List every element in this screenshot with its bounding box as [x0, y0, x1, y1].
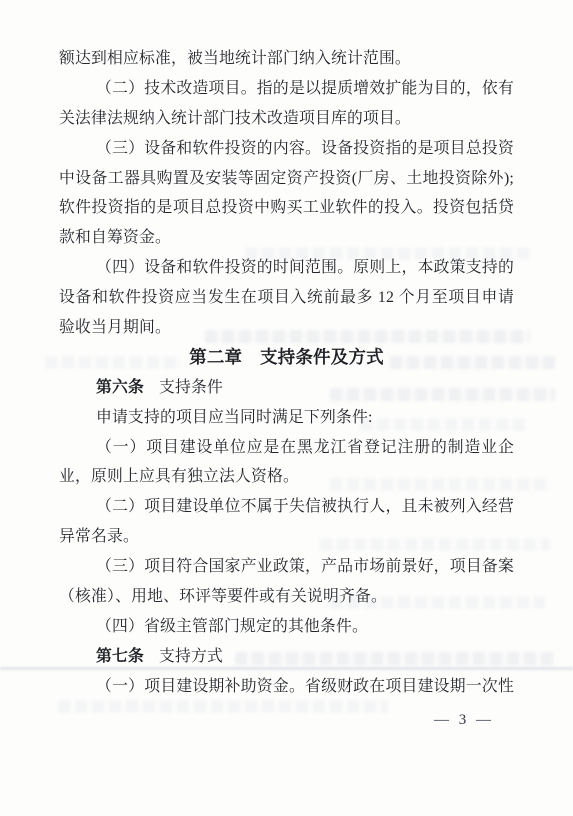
- paragraph-line: 申请支持的项目应当同时满足下列条件:: [59, 403, 514, 433]
- paragraph-line: 设备和软件投资应当发生在项目入统前最多 12 个月至项目申请: [59, 283, 514, 313]
- article-number-label: 第七条: [96, 648, 144, 665]
- paragraph-line: 款和自筹资金。: [59, 223, 514, 253]
- paragraph-line: （二）技术改造项目。指的是以提质增效扩能为目的，依有: [59, 74, 514, 104]
- paragraph-line: 软件投资指的是项目总投资中购买工业软件的投入。投资包括贷: [59, 193, 514, 223]
- paragraph-line: （二）项目建设单位不属于失信被执行人，且未被列入经营: [59, 492, 514, 522]
- paragraph-line: 额达到相应标准，被当地统计部门纳入统计范围。: [59, 44, 514, 74]
- paragraph-line: （核准）、用地、环评等要件或有关说明齐备。: [59, 582, 514, 612]
- paragraph-line: （四）设备和软件投资的时间范围。原则上，本政策支持的: [59, 253, 514, 283]
- article-number-label: 第六条: [96, 379, 144, 396]
- article-title: 支持条件: [159, 379, 223, 396]
- paragraph-line: （四）省级主管部门规定的其他条件。: [59, 612, 514, 642]
- scan-artifact: [58, 700, 388, 713]
- chapter-heading: 第二章 支持条件及方式: [59, 343, 514, 373]
- paragraph-line: 异常名录。: [59, 522, 514, 552]
- document-body: 额达到相应标准，被当地统计部门纳入统计范围。（二）技术改造项目。指的是以提质增效…: [59, 44, 514, 702]
- paragraph-line: 中设备工器具购置及安装等固定资产投资(厂房、土地投资除外);: [59, 164, 514, 194]
- article-heading: 第六条支持条件: [59, 373, 514, 403]
- paragraph-line: 关法律法规纳入统计部门技术改造项目库的项目。: [59, 104, 514, 134]
- paragraph-line: （一）项目建设单位应是在黑龙江省登记注册的制造业企: [59, 433, 514, 463]
- article-heading: 第七条支持方式: [59, 642, 514, 672]
- paragraph-line: （三）项目符合国家产业政策，产品市场前景好，项目备案: [59, 552, 514, 582]
- paragraph-line: 业，原则上应具有独立法人资格。: [59, 462, 514, 492]
- page-number: — 3 —: [434, 712, 494, 729]
- article-title: 支持方式: [159, 648, 223, 665]
- paragraph-line: 验收当月期间。: [59, 313, 514, 343]
- scanned-document-page: 额达到相应标准，被当地统计部门纳入统计范围。（二）技术改造项目。指的是以提质增效…: [0, 0, 573, 816]
- paragraph-line: （一）项目建设期补助资金。省级财政在项目建设期一次性: [59, 672, 514, 702]
- paragraph-line: （三）设备和软件投资的内容。设备投资指的是项目总投资: [59, 134, 514, 164]
